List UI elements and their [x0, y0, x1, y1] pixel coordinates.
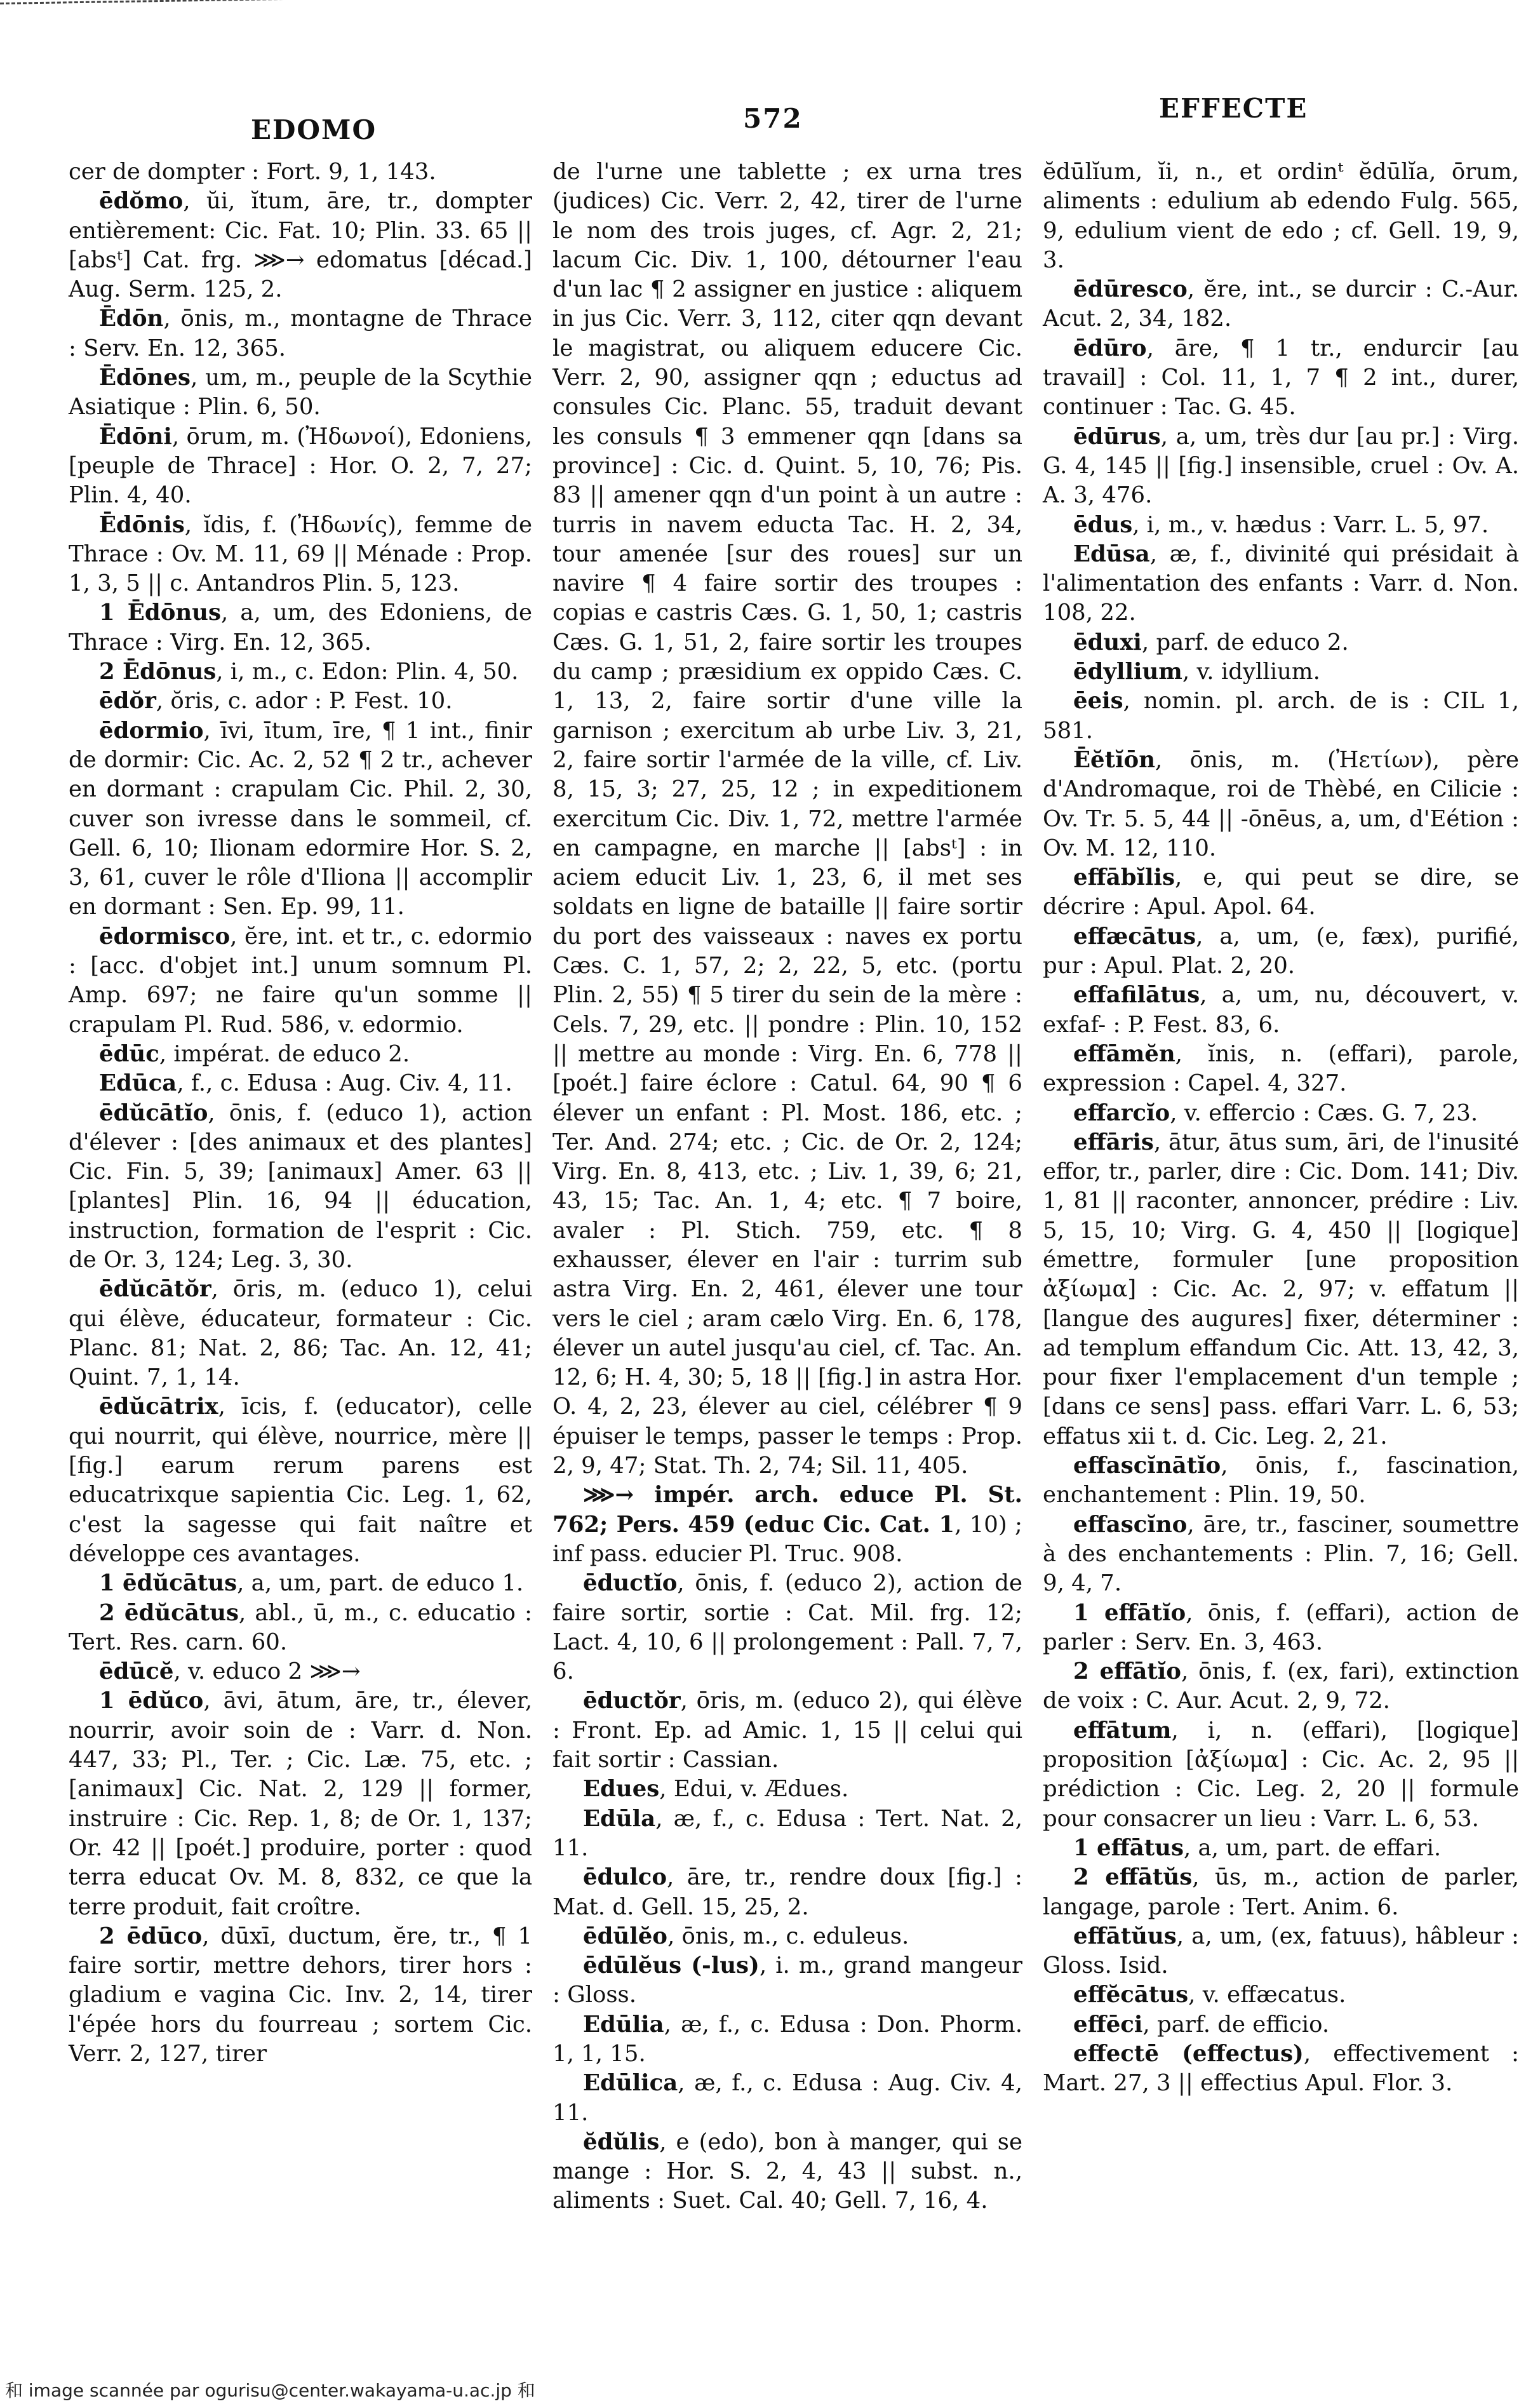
- dictionary-entry: Edūlia, æ, f., c. Edusa : Don. Phorm. 1,…: [552, 2010, 1022, 2069]
- dictionary-entry: effāris, ātur, ātus sum, āri, de l'inusi…: [1043, 1128, 1519, 1451]
- headword: ⋙→ impér. arch. educe Pl. St. 762; Pers.…: [552, 1482, 1022, 1537]
- dictionary-entry: effātum, i, n. (effari), [logique] propo…: [1043, 1716, 1519, 1834]
- headword: Edues: [583, 1776, 659, 1802]
- dictionary-entry: ēdŏr, ŏris, c. ador : P. Fest. 10.: [69, 687, 532, 716]
- dictionary-entry: Ēdōnes, um, m., peuple de la Scythie Asi…: [69, 363, 532, 422]
- headword: effātum: [1073, 1717, 1172, 1744]
- headword: ēdŭcātŏr: [99, 1276, 211, 1302]
- headword: effascĭno: [1073, 1512, 1187, 1538]
- dictionary-entry: effectē (effectus), effectivement : Mart…: [1043, 2040, 1519, 2099]
- dictionary-entry: 1 ēdŭcātus, a, um, part. de educo 1.: [69, 1569, 532, 1598]
- headword: ēductŏr: [583, 1688, 681, 1714]
- dictionary-entry: effæcātus, a, um, (e, fæx), purifié, pur…: [1043, 922, 1519, 981]
- headword: 1 ēdŭcātus: [99, 1570, 237, 1596]
- dictionary-entry: Ēdōnis, ĭdis, f. (Ἠδωνίς), femme de Thra…: [69, 511, 532, 599]
- headword: ēdūresco: [1073, 276, 1188, 302]
- dictionary-entry: de l'urne une tablette ; ex urna tres (j…: [552, 158, 1022, 1481]
- dictionary-entry: ēeis, nomin. pl. arch. de is : CIL 1, 58…: [1043, 687, 1519, 746]
- headword: ēdormio: [99, 718, 204, 744]
- dictionary-entry: 2 effātŭs, ūs, m., action de parler, lan…: [1043, 1863, 1519, 1922]
- headword: effāmĕn: [1073, 1041, 1175, 1067]
- headword: ēductĭo: [583, 1570, 677, 1596]
- dictionary-entry: ĕdūlĭum, ĭi, n., et ordinᵗ ĕdūlĭa, ōrum,…: [1043, 158, 1519, 275]
- headword: ēdūrus: [1073, 424, 1161, 450]
- dictionary-entry: ēductŏr, ōris, m. (educo 2), qui élève :…: [552, 1686, 1022, 1775]
- scan-credit: 和 image scannée par ogurisu@center.wakay…: [5, 2377, 535, 2402]
- dictionary-entry: ēdūresco, ĕre, int., se durcir : C.-Aur.…: [1043, 275, 1519, 334]
- dictionary-entry: effēci, parf. de efficio.: [1043, 2010, 1519, 2040]
- headword: 1 ēdŭco: [99, 1688, 203, 1714]
- headword: ēdyllium: [1073, 659, 1182, 685]
- headword: Ēdōn: [99, 306, 163, 332]
- page-number: 572: [743, 103, 803, 134]
- dictionary-entry: ēdūrus, a, um, très dur [au pr.] : Virg.…: [1043, 422, 1519, 511]
- dictionary-entry: 2 ēdūco, dūxī, ductum, ĕre, tr., ¶ 1 fai…: [69, 1922, 532, 2069]
- headword: effābĭlis: [1073, 864, 1175, 890]
- dictionary-entry: ēdormisco, ĕre, int. et tr., c. edormio …: [69, 922, 532, 1040]
- column-2: de l'urne une tablette ; ex urna tres (j…: [552, 158, 1022, 2317]
- dictionary-entry: effĕcātus, v. effæcatus.: [1043, 1980, 1519, 2010]
- headword: Edūlica: [583, 2070, 678, 2096]
- dictionary-entry: 1 Ēdōnus, a, um, des Edoniens, de Thrace…: [69, 598, 532, 657]
- dictionary-entry: ⋙→ impér. arch. educe Pl. St. 762; Pers.…: [552, 1481, 1022, 1569]
- headword: ēdulco: [583, 1864, 667, 1890]
- headword: effarcĭo: [1073, 1100, 1170, 1126]
- dictionary-entry: effascĭno, āre, tr., fasciner, soumettre…: [1043, 1510, 1519, 1599]
- headword: Ēdōni: [99, 424, 172, 450]
- dictionary-entry: ēdūlĕus (-lus), i. m., grand mangeur : G…: [552, 1951, 1022, 2010]
- headword: effātŭus: [1073, 1923, 1177, 1949]
- dictionary-entry: ēductĭo, ōnis, f. (educo 2), action de f…: [552, 1569, 1022, 1686]
- headword: ēdŏr: [99, 688, 156, 714]
- headword: ēdus: [1073, 512, 1132, 538]
- headword: ĕdŭlis: [583, 2129, 659, 2155]
- dictionary-entry: effāmĕn, ĭnis, n. (effari), parole, expr…: [1043, 1040, 1519, 1099]
- headword: ēdūro: [1073, 335, 1147, 361]
- headword: 2 ēdŭcātus: [99, 1600, 239, 1626]
- headword: Edūsa: [1073, 541, 1150, 567]
- dictionary-entry: ēdŭcātrix, īcis, f. (educator), celle qu…: [69, 1392, 532, 1569]
- headword: 2 ēdūco: [99, 1923, 202, 1949]
- headword: 1 effātĭo: [1073, 1600, 1186, 1626]
- dictionary-entry: effascĭnātĭo, ōnis, f., fascination, enc…: [1043, 1451, 1519, 1510]
- headword: effāris: [1073, 1129, 1154, 1155]
- dictionary-entry: Edues, Edui, v. Ædues.: [552, 1775, 1022, 1804]
- headword: effĕcātus: [1073, 1982, 1188, 2008]
- headword: ēdūcĕ: [99, 1658, 173, 1684]
- headword: 2 effātĭo: [1073, 1658, 1181, 1684]
- headword: ēeis: [1073, 688, 1123, 714]
- headword: Ēdōnes: [99, 365, 191, 391]
- dictionary-entry: Ēdōni, ōrum, m. (Ἠδωνοί), Edoniens, [peu…: [69, 422, 532, 511]
- headword: ēdūc: [99, 1041, 159, 1067]
- headword: Edūca: [99, 1070, 177, 1096]
- headword: 2 Ēdōnus: [99, 659, 216, 685]
- column-3: ĕdūlĭum, ĭi, n., et ordinᵗ ĕdūlĭa, ōrum,…: [1043, 158, 1519, 2317]
- headword: ēdūlĕus (-lus): [583, 1952, 760, 1979]
- dictionary-entry: effafilātus, a, um, nu, découvert, v. ex…: [1043, 981, 1519, 1040]
- headword: Ēdōnis: [99, 512, 185, 538]
- dictionary-entry: 1 effātĭo, ōnis, f. (effari), action de …: [1043, 1599, 1519, 1658]
- headword: effēci: [1073, 2012, 1142, 2038]
- dictionary-entry: Edūlica, æ, f., c. Edusa : Aug. Civ. 4, …: [552, 2069, 1022, 2128]
- dictionary-entry: ēdulco, āre, tr., rendre doux [fig.] : M…: [552, 1863, 1022, 1922]
- dictionary-entry: ēdūc, impérat. de educo 2.: [69, 1040, 532, 1069]
- headword: effectē (effectus): [1073, 2041, 1304, 2067]
- headword: 1 Ēdōnus: [99, 600, 221, 626]
- headword: Edūlia: [583, 2012, 664, 2038]
- dictionary-entry: ēdūcĕ, v. educo 2 ⋙→: [69, 1657, 532, 1686]
- headword: effæcātus: [1073, 924, 1196, 950]
- headword: ēdŏmo: [99, 188, 183, 214]
- headword: Ēĕtĭōn: [1073, 747, 1155, 773]
- dictionary-entry: ēdŏmo, ŭi, ĭtum, āre, tr., dompter entiè…: [69, 187, 532, 304]
- page-header: EDOMO 572 EFFECTE: [0, 89, 1540, 140]
- dictionary-entry: 1 ēdŭco, āvi, ātum, āre, tr., élever, no…: [69, 1686, 532, 1921]
- dictionary-entry: Ēdōn, ōnis, m., montagne de Thrace : Ser…: [69, 304, 532, 363]
- dictionary-entry: 1 effātus, a, um, part. de effari.: [1043, 1834, 1519, 1863]
- dictionary-entry: ēdŭcātŏr, ōris, m. (educo 1), celui qui …: [69, 1275, 532, 1392]
- dictionary-entry: 2 ēdŭcātus, abl., ū, m., c. educatio : T…: [69, 1599, 532, 1658]
- dictionary-entry: Edūca, f., c. Edusa : Aug. Civ. 4, 11.: [69, 1069, 532, 1098]
- headword: ēdormisco: [99, 924, 230, 950]
- dictionary-entry: cer de dompter : Fort. 9, 1, 143.: [69, 158, 532, 187]
- dictionary-entry: 2 effātĭo, ōnis, f. (ex, fari), extincti…: [1043, 1657, 1519, 1716]
- dictionary-entry: Edūla, æ, f., c. Edusa : Tert. Nat. 2, 1…: [552, 1805, 1022, 1864]
- dictionary-entry: ēdyllium, v. idyllium.: [1043, 657, 1519, 687]
- headword: ēdūlĕo: [583, 1923, 667, 1949]
- dictionary-entry: Edūsa, æ, f., divinité qui présidait à l…: [1043, 540, 1519, 628]
- headword: 2 effātŭs: [1073, 1864, 1192, 1890]
- headword: ēduxi: [1073, 629, 1142, 655]
- headword: Edūla: [583, 1806, 655, 1832]
- dictionary-entry: ĕdŭlis, e (edo), bon à manger, qui se ma…: [552, 2128, 1022, 2216]
- dictionary-entry: ēdus, i, m., v. hædus : Varr. L. 5, 97.: [1043, 511, 1519, 540]
- headword: 1 effātus: [1073, 1835, 1184, 1861]
- dictionary-entry: 2 Ēdōnus, i, m., c. Edon: Plin. 4, 50.: [69, 657, 532, 687]
- right-guide-word: EFFECTE: [1159, 93, 1308, 124]
- dictionary-entry: ēdŭcātĭo, ōnis, f. (educo 1), action d'é…: [69, 1099, 532, 1275]
- dictionary-entry: ēdūlĕo, ōnis, m., c. eduleus.: [552, 1922, 1022, 1951]
- headword: ēdŭcātrix: [99, 1394, 218, 1420]
- left-guide-word: EDOMO: [251, 114, 377, 145]
- dictionary-entry: ēduxi, parf. de educo 2.: [1043, 628, 1519, 657]
- dictionary-entry: effābĭlis, e, qui peut se dire, se décri…: [1043, 863, 1519, 922]
- dictionary-entry: ēdūro, āre, ¶ 1 tr., endurcir [au travai…: [1043, 334, 1519, 422]
- scan-edge-artifact: [0, 0, 826, 4]
- dictionary-columns: cer de dompter : Fort. 9, 1, 143.ēdŏmo, …: [69, 158, 1523, 2317]
- dictionary-entry: ēdormio, īvi, ītum, īre, ¶ 1 int., finir…: [69, 716, 532, 922]
- column-1: cer de dompter : Fort. 9, 1, 143.ēdŏmo, …: [69, 158, 532, 2317]
- headword: ēdŭcātĭo: [99, 1100, 208, 1126]
- dictionary-entry: effarcĭo, v. effercio : Cæs. G. 7, 23.: [1043, 1099, 1519, 1128]
- dictionary-entry: effātŭus, a, um, (ex, fatuus), hâbleur :…: [1043, 1922, 1519, 1981]
- dictionary-entry: Ēĕtĭōn, ōnis, m. (Ἠετίων), père d'Androm…: [1043, 746, 1519, 863]
- headword: effascĭnātĭo: [1073, 1453, 1221, 1479]
- headword: effafilātus: [1073, 982, 1200, 1008]
